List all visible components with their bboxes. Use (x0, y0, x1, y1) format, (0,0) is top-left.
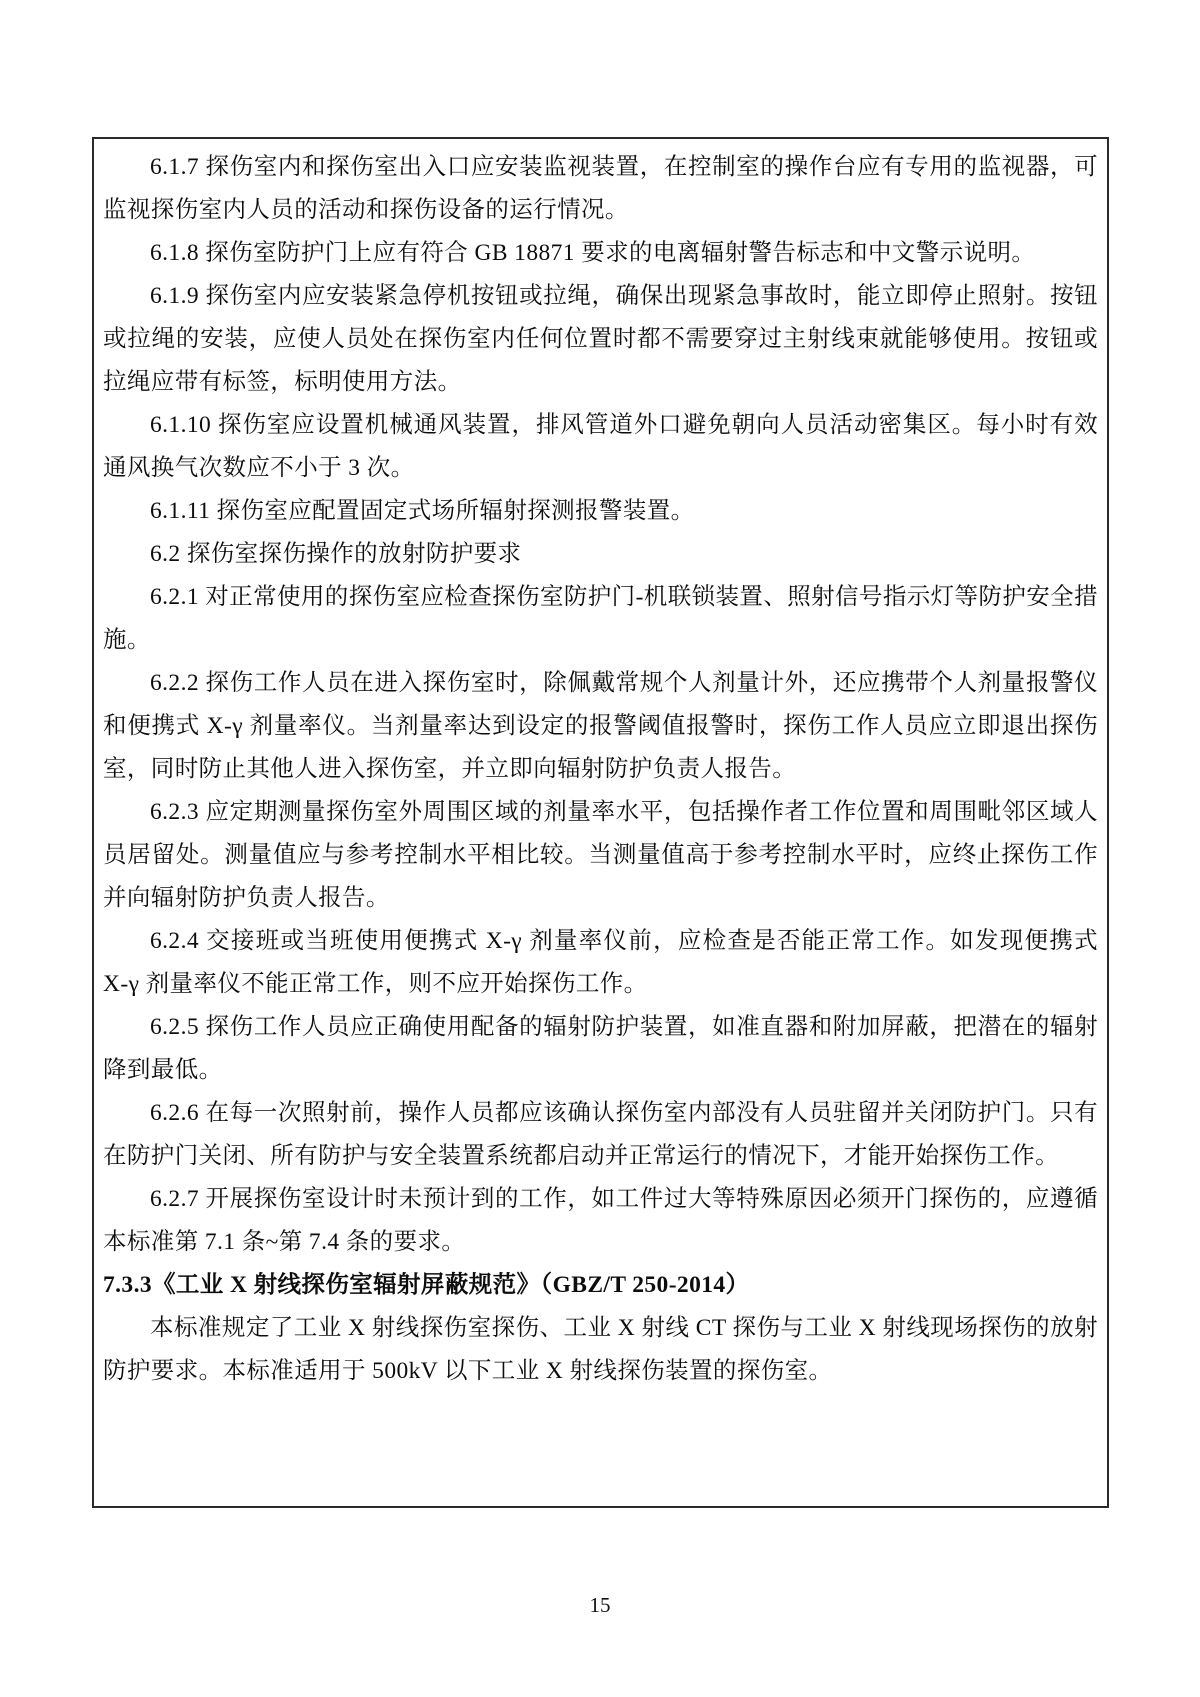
paragraph: 6.2.4 交接班或当班使用便携式 X-γ 剂量率仪前，应检查是否能正常工作。如… (103, 920, 1098, 1006)
paragraph: 6.1.11 探伤室应配置固定式场所辐射探测报警装置。 (103, 490, 1098, 533)
paragraph: 6.2.5 探伤工作人员应正确使用配备的辐射防护装置，如准直器和附加屏蔽，把潜在… (103, 1006, 1098, 1092)
page-number: 15 (0, 1593, 1200, 1618)
document-body: 6.1.7 探伤室内和探伤室出入口应安装监视装置，在控制室的操作台应有专用的监视… (103, 146, 1098, 1393)
paragraph: 6.2.7 开展探伤室设计时未预计到的工作，如工件过大等特殊原因必须开门探伤的，… (103, 1178, 1098, 1264)
paragraph: 6.2.6 在每一次照射前，操作人员都应该确认探伤室内部没有人员驻留并关闭防护门… (103, 1092, 1098, 1178)
paragraph: 6.2.2 探伤工作人员在进入探伤室时，除佩戴常规个人剂量计外，还应携带个人剂量… (103, 662, 1098, 791)
paragraph: 6.1.9 探伤室内应安装紧急停机按钮或拉绳，确保出现紧急事故时，能立即停止照射… (103, 275, 1098, 404)
content-border-box: 6.1.7 探伤室内和探伤室出入口应安装监视装置，在控制室的操作台应有专用的监视… (92, 137, 1109, 1508)
paragraph: 6.2.3 应定期测量探伤室外周围区域的剂量率水平，包括操作者工作位置和周围毗邻… (103, 791, 1098, 920)
paragraph: 6.1.7 探伤室内和探伤室出入口应安装监视装置，在控制室的操作台应有专用的监视… (103, 146, 1098, 232)
paragraph: 6.2.1 对正常使用的探伤室应检查探伤室防护门-机联锁装置、照射信号指示灯等防… (103, 576, 1098, 662)
paragraph: 本标准规定了工业 X 射线探伤室探伤、工业 X 射线 CT 探伤与工业 X 射线… (103, 1307, 1098, 1393)
paragraph: 6.1.8 探伤室防护门上应有符合 GB 18871 要求的电离辐射警告标志和中… (103, 232, 1098, 275)
document-page: 6.1.7 探伤室内和探伤室出入口应安装监视装置，在控制室的操作台应有专用的监视… (0, 0, 1200, 1697)
paragraph: 6.1.10 探伤室应设置机械通风装置，排风管道外口避免朝向人员活动密集区。每小… (103, 404, 1098, 490)
section-heading: 7.3.3《工业 X 射线探伤室辐射屏蔽规范》（GBZ/T 250-2014） (103, 1264, 1098, 1307)
paragraph: 6.2 探伤室探伤操作的放射防护要求 (103, 533, 1098, 576)
